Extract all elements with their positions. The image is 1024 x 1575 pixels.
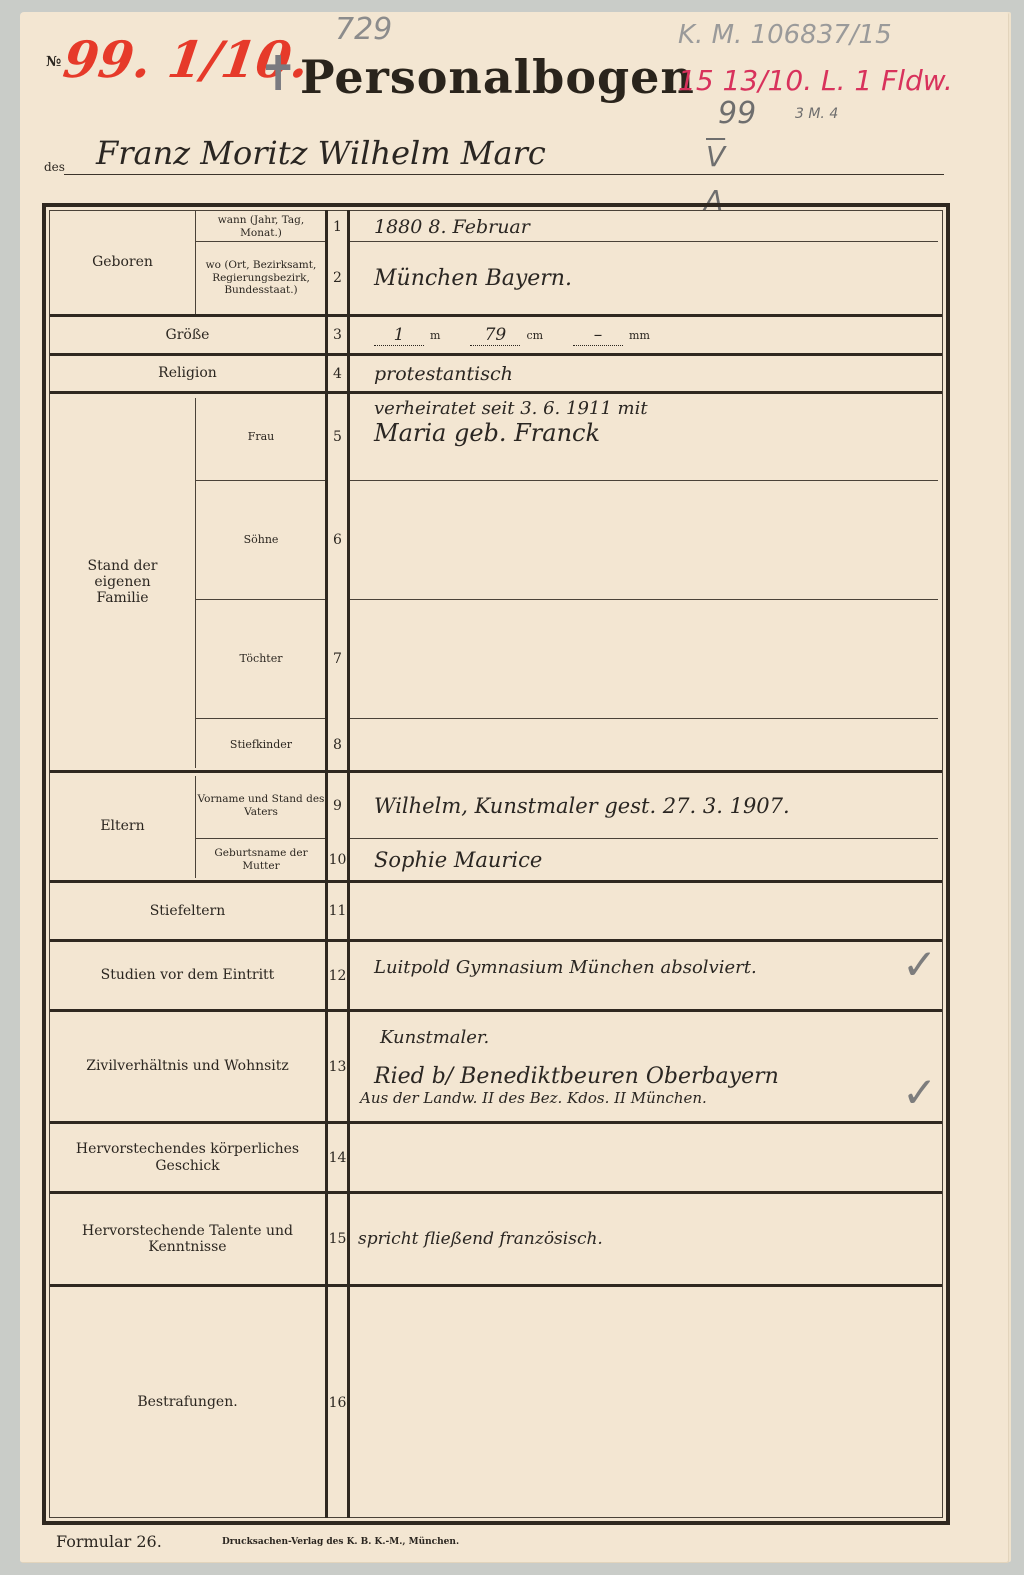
row-number: 16	[328, 1287, 347, 1518]
value-zivil-line3: Aus der Landw. II des Bez. Kdos. II Münc…	[360, 1089, 707, 1107]
label-toechter: Töchter	[197, 600, 325, 718]
group-geboren: Geboren	[50, 210, 195, 314]
number-label: №	[46, 54, 61, 70]
row-number: 9	[328, 773, 347, 838]
label-religion: Religion	[50, 356, 325, 391]
row-number: 4	[328, 356, 347, 391]
value-frau-line2: Maria geb. Franck	[374, 419, 600, 447]
value-talente: spricht fließend französisch.	[350, 1194, 938, 1284]
divider-sub-familie	[195, 398, 196, 768]
divider-sub-geboren	[195, 210, 196, 315]
label-wann: wann (Jahr, Tag, Monat.)	[197, 212, 325, 241]
label-vater: Vorname und Stand des Vaters	[197, 773, 325, 838]
row-number: 2	[328, 242, 347, 314]
cross-mark: ✝	[258, 46, 298, 102]
row-number: 7	[328, 600, 347, 718]
pencil-reference: K. M. 106837/15	[678, 20, 892, 50]
row-line	[350, 599, 938, 600]
height-cm: 79	[470, 325, 520, 346]
row-line	[350, 718, 938, 719]
value-frau-line1: verheiratet seit 3. 6. 1911 mit	[374, 398, 648, 419]
value-vater: Wilhelm, Kunstmaler gest. 27. 3. 1907.	[350, 773, 938, 838]
form-number: Formular 26.	[56, 1532, 162, 1551]
height-mm: –	[573, 325, 623, 346]
publisher-imprint: Drucksachen-Verlag des K. B. K.-M., Münc…	[222, 1537, 459, 1547]
unit-mm: mm	[629, 329, 650, 342]
group-eltern: Eltern	[50, 773, 195, 880]
row-number: 14	[328, 1124, 347, 1191]
person-name: Franz Moritz Wilhelm Marc	[96, 134, 546, 172]
des-label: des	[44, 160, 65, 174]
value-zivilverhaeltnis: Kunstmaler. Ried b/ Benediktbeuren Oberb…	[350, 1012, 938, 1121]
row-number: 11	[328, 883, 347, 939]
row-number: 8	[328, 719, 347, 770]
group-stand-familie: Stand der eigenen Familie	[50, 394, 195, 770]
value-birth-date: 1880 8. Februar	[350, 212, 938, 241]
row-number: 15	[328, 1194, 347, 1284]
label-zivilverhaeltnis: Zivilverhältnis und Wohnsitz	[50, 1012, 325, 1121]
height-m: 1	[374, 325, 424, 346]
value-mutter: Sophie Maurice	[350, 839, 938, 880]
label-studien: Studien vor dem Eintritt	[50, 942, 325, 1009]
label-koerperliches-geschick: Hervorstechendes körperliches Geschick	[50, 1124, 325, 1191]
label-groesse: Größe	[50, 317, 325, 353]
label-bestrafungen: Bestrafungen.	[50, 1287, 325, 1518]
divider-sub-eltern	[195, 776, 196, 878]
pencil-roman-v: V	[706, 140, 725, 173]
page-title: Personalbogen	[300, 50, 695, 104]
row-number: 12	[328, 942, 347, 1009]
row-line	[350, 480, 938, 481]
unit-m: m	[430, 329, 440, 342]
value-religion: protestantisch	[350, 356, 938, 391]
pencil-number-top: 729	[335, 12, 392, 47]
pencil-small-note: 3 M. 4	[795, 106, 838, 122]
row-number: 1	[328, 212, 347, 241]
value-studien: Luitpold Gymnasium München absolviert.	[350, 942, 938, 992]
name-underline	[64, 174, 944, 175]
label-frau: Frau	[197, 394, 325, 480]
label-stiefeltern: Stiefeltern	[50, 883, 325, 939]
check-mark-icon: ✓	[902, 1068, 937, 1117]
value-zivil-line1: Kunstmaler.	[380, 1027, 489, 1048]
red-annotation: 15 13/10. L. 1 Fldw.	[678, 64, 953, 97]
value-frau: verheiratet seit 3. 6. 1911 mit Maria ge…	[350, 394, 938, 480]
label-stiefkinder: Stiefkinder	[197, 719, 325, 770]
value-zivil-line2: Ried b/ Benediktbeuren Oberbayern	[374, 1064, 779, 1089]
row-number: 10	[328, 839, 347, 880]
label-talente: Hervorstechende Talente und Kenntnisse	[50, 1194, 325, 1284]
value-height: 1 m 79 cm – mm	[350, 317, 938, 353]
value-birth-place: München Bayern.	[350, 242, 938, 314]
label-mutter: Geburtsname der Mutter	[197, 839, 325, 880]
row-number: 6	[328, 481, 347, 599]
check-mark-icon: ✓	[902, 940, 937, 989]
label-wo: wo (Ort, Bezirksamt, Regierungsbezirk, B…	[197, 242, 325, 314]
pencil-number-99: 99	[718, 96, 756, 131]
unit-cm: cm	[526, 329, 543, 342]
row-number: 5	[328, 394, 347, 480]
row-number: 13	[328, 1012, 347, 1121]
label-soehne: Söhne	[197, 481, 325, 599]
row-number: 3	[328, 317, 347, 353]
